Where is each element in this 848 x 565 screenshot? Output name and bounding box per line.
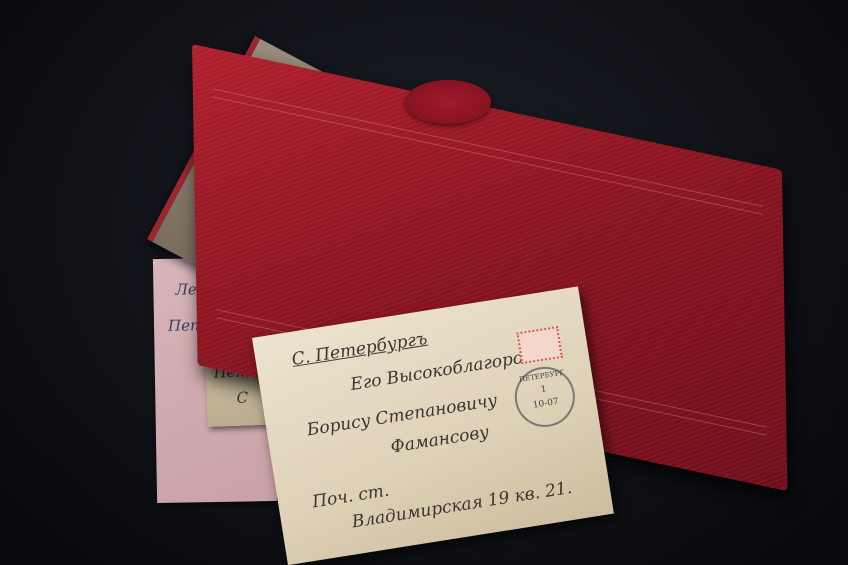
wallet-clasp — [405, 80, 491, 124]
envelope-recipient-surname: Фамансову — [389, 422, 490, 457]
middle-envelope-line-3: С — [236, 388, 248, 406]
envelope-city: С. Петербургъ — [290, 329, 428, 370]
red-stamp-icon — [516, 326, 562, 364]
postmark-icon: ПЕТЕРБУРГ 1 10-07 — [510, 363, 579, 432]
